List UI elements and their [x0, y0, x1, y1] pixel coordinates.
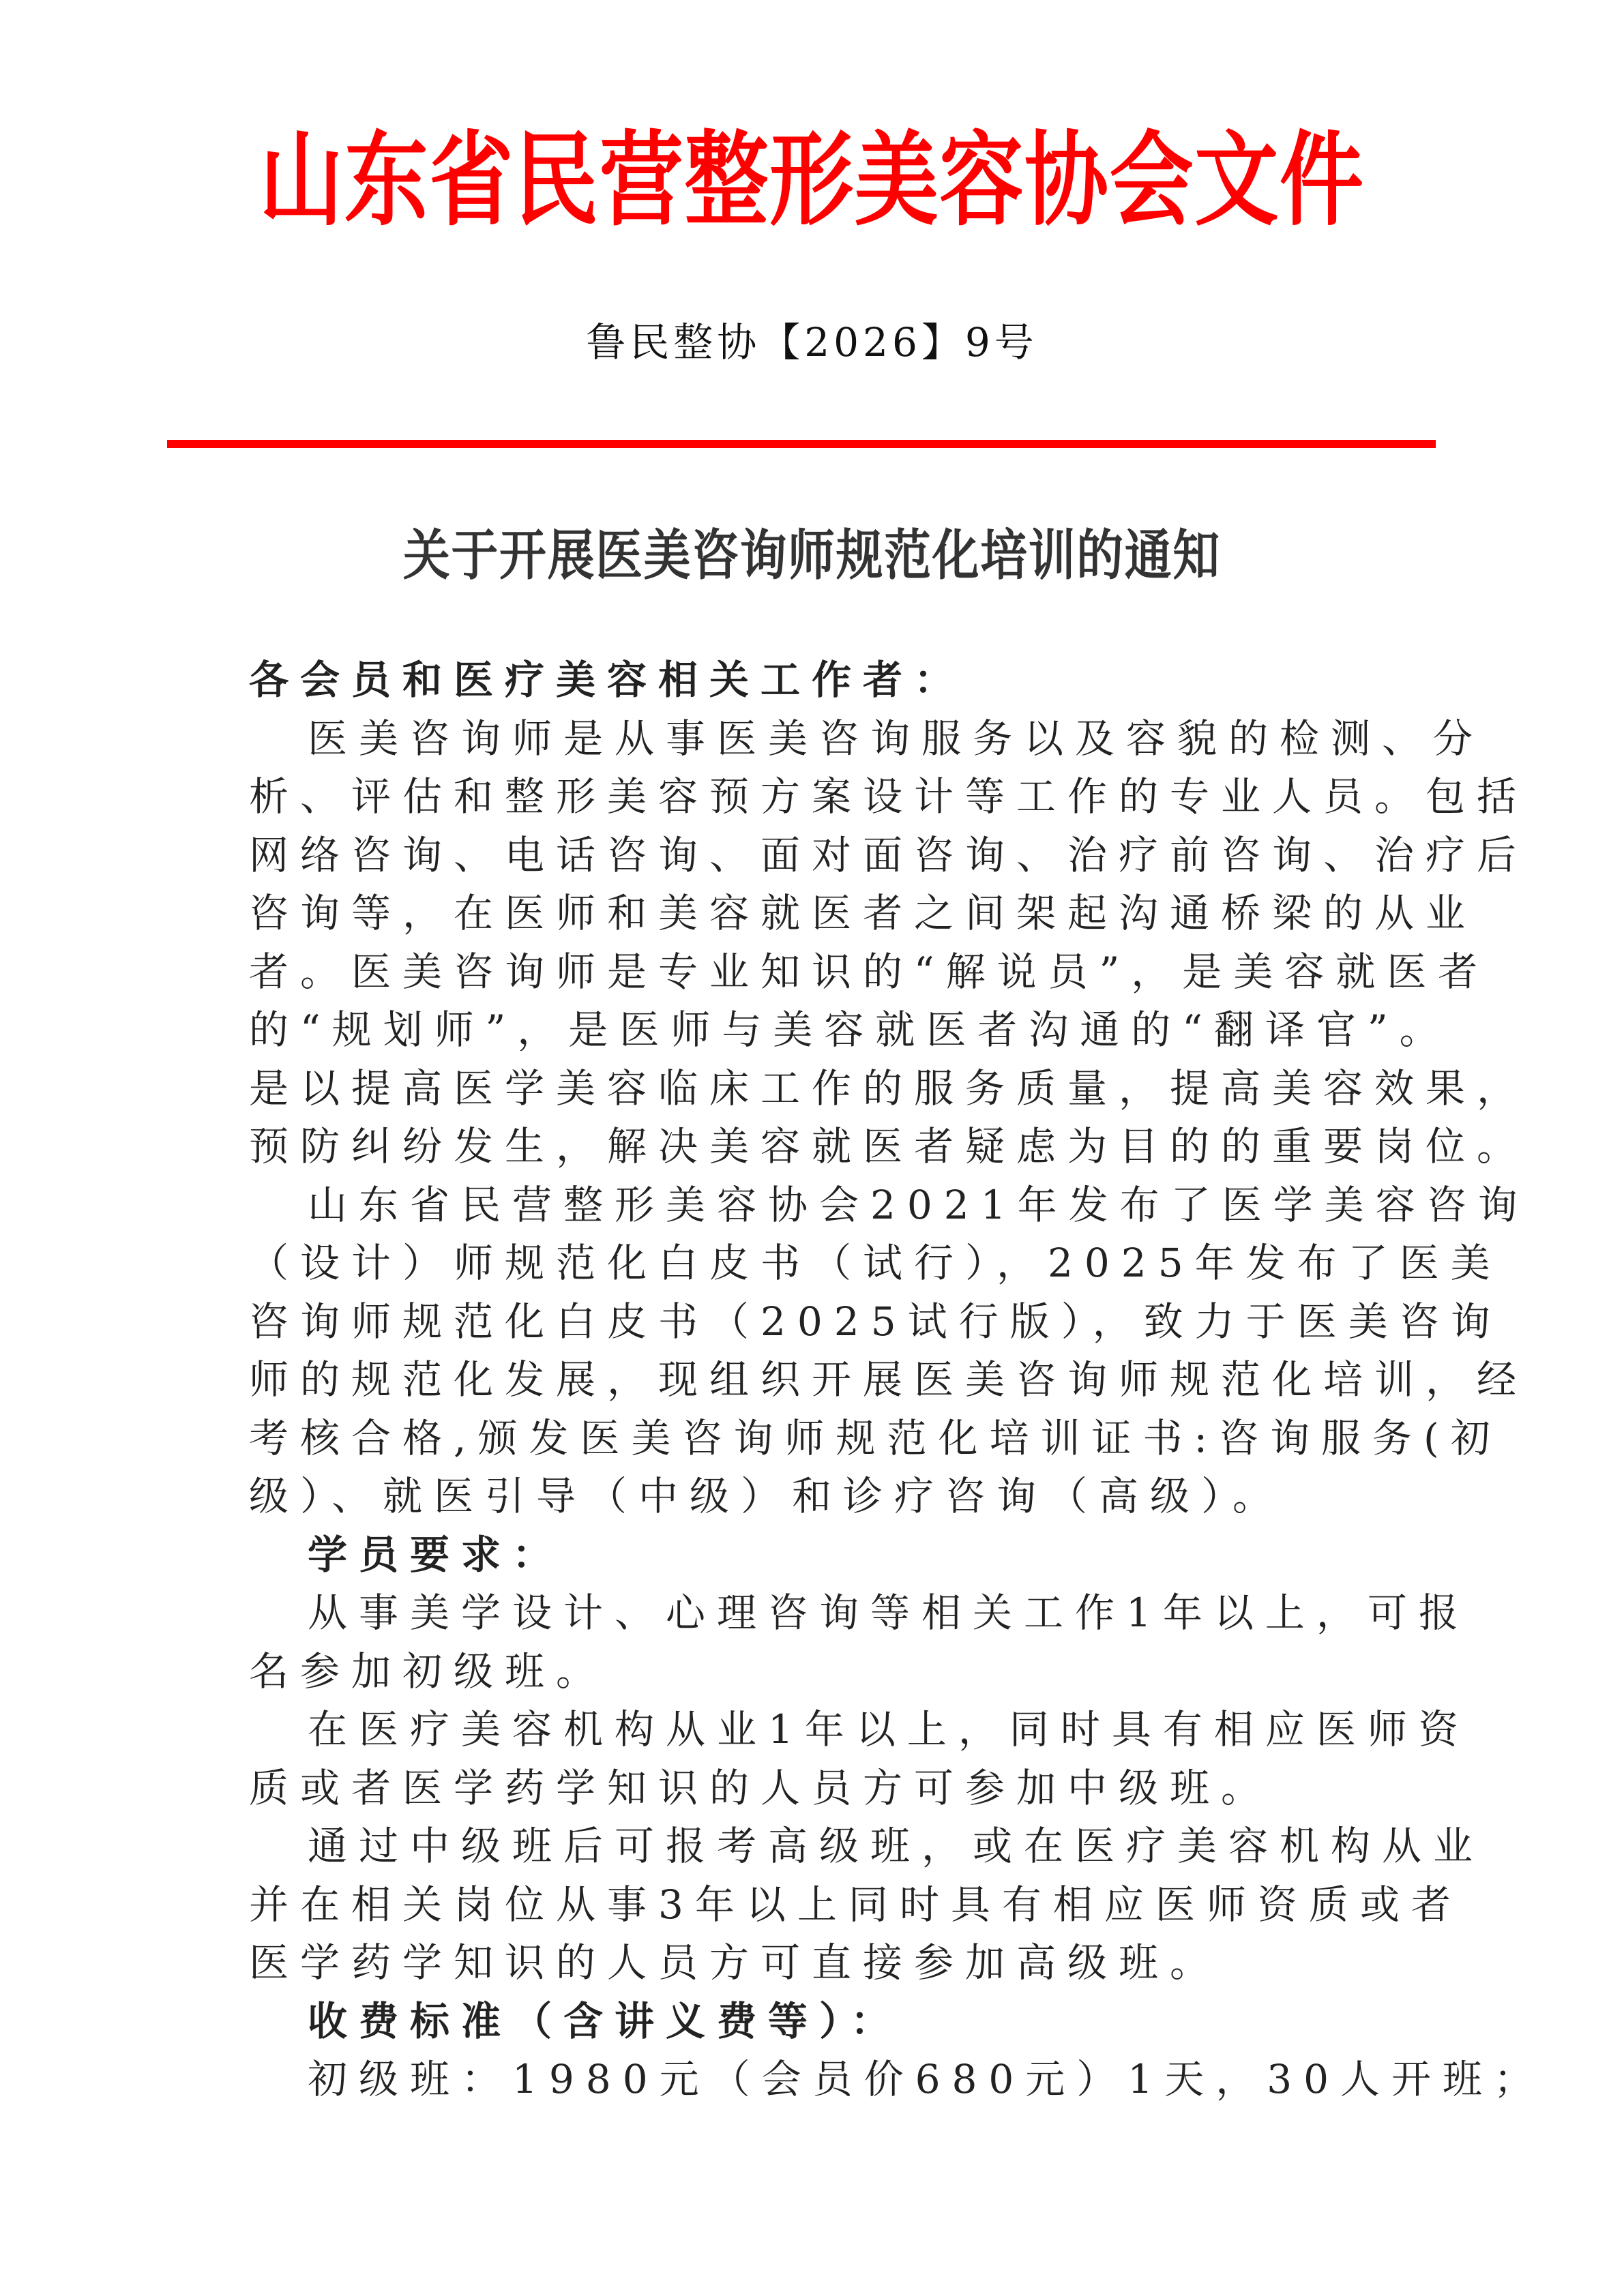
paragraph-2-line: （设计）师规范化白皮书（试行），2025年发布了医美 [249, 1234, 1381, 1293]
requirement-junior-line: 名参加初级班。 [249, 1643, 1381, 1701]
fee-junior-class: 初级班：1980元（会员价680元）1天，30人开班； [249, 2051, 1381, 2109]
requirement-senior-line: 通过中级班后可报考高级班，或在医疗美容机构从业 [249, 1817, 1381, 1876]
requirement-intermediate-line: 在医疗美容机构从业1年以上，同时具有相应医师资 [249, 1701, 1381, 1759]
paragraph-2-line: 考核合格,颁发医美咨询师规范化培训证书:咨询服务(初 [249, 1410, 1381, 1468]
paragraph-1-line: 的“规划师”，是医师与美容就医者沟通的“翻译官”。 [249, 1001, 1381, 1060]
fees-heading: 收费标准（含讲义费等）： [249, 1993, 1381, 2051]
notice-body: 各会员和医疗美容相关工作者： 医美咨询师是从事医美咨询服务以及容貌的检测、分 析… [249, 651, 1381, 2109]
paragraph-1-line: 网络咨询、电话咨询、面对面咨询、治疗前咨询、治疗后 [249, 826, 1381, 885]
paragraph-1-line: 医美咨询师是从事医美咨询服务以及容貌的检测、分 [249, 710, 1381, 769]
paragraph-2-line: 级）、就医引导（中级）和诊疗咨询（高级）。 [249, 1467, 1381, 1526]
paragraph-1-line: 析、评估和整形美容预方案设计等工作的专业人员。包括 [249, 768, 1381, 826]
paragraph-2-line: 咨询师规范化白皮书（2025试行版），致力于医美咨询 [249, 1293, 1381, 1352]
requirement-senior-line: 并在相关岗位从事3年以上同时具有相应医师资质或者 [249, 1876, 1381, 1935]
notice-title: 关于开展医美咨询师规范化培训的通知 [114, 518, 1511, 593]
paragraph-2-line: 山东省民营整形美容协会2021年发布了医学美容咨询 [249, 1176, 1381, 1235]
masthead-title: 山东省民营整形美容协会文件 [146, 119, 1477, 242]
requirement-junior-line: 从事美学设计、心理咨询等相关工作1年以上，可报 [249, 1584, 1381, 1643]
document-number: 鲁民整协【2026】9号 [0, 315, 1624, 370]
requirements-heading: 学员要求： [249, 1526, 1381, 1585]
salutation: 各会员和医疗美容相关工作者： [249, 651, 1381, 710]
paragraph-1-line: 者。医美咨询师是专业知识的“解说员”，是美容就医者 [249, 943, 1381, 1002]
requirement-intermediate-line: 质或者医学药学知识的人员方可参加中级班。 [249, 1759, 1381, 1818]
paragraph-1-line: 咨询等，在医师和美容就医者之间架起沟通桥梁的从业 [249, 884, 1381, 943]
red-divider [167, 440, 1436, 448]
paragraph-1-line: 预防纠纷发生，解决美容就医者疑虑为目的的重要岗位。 [249, 1118, 1381, 1176]
paragraph-1-line: 是以提高医学美容临床工作的服务质量，提高美容效果， [249, 1060, 1381, 1118]
requirement-senior-line: 医学药学知识的人员方可直接参加高级班。 [249, 1934, 1381, 1993]
paragraph-2-line: 师的规范化发展，现组织开展医美咨询师规范化培训，经 [249, 1351, 1381, 1410]
